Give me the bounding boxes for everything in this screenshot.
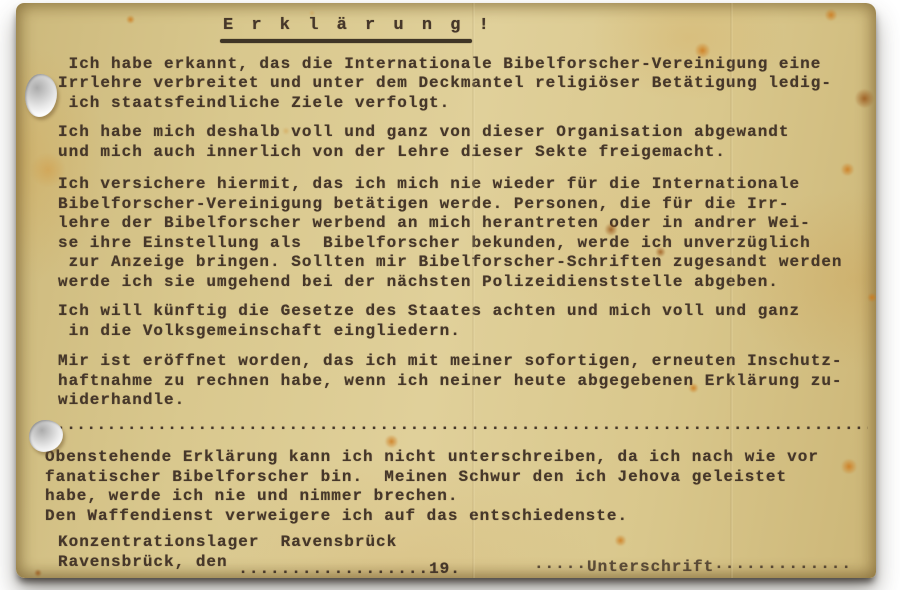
paragraph-assurance: Ich versichere hiermit, das ich mich nie… (58, 175, 858, 292)
camp-name-line: Konzentrationslager Ravensbrück (58, 533, 858, 553)
paragraph-warning: Mir ist eröffnet worden, das ich mit mei… (58, 352, 858, 411)
paragraph-refusal: Obenstehende Erklärung kann ich nicht un… (45, 448, 858, 526)
scanned-document-paper: E r k l ä r u n g ! Ich habe erkannt, da… (16, 3, 876, 578)
paragraph-recognition: Ich habe erkannt, das die Internationale… (58, 55, 858, 114)
date-blank-dots: .................. (238, 560, 429, 579)
paragraph-laws: Ich will künftig die Gesetze des Staates… (58, 302, 858, 341)
stain (384, 435, 399, 448)
stain (34, 569, 42, 577)
paragraph-renunciation: Ich habe mich deshalb voll und ganz von … (58, 123, 858, 162)
dotted-separator: ........................................… (46, 416, 868, 436)
document-footer: Konzentrationslager Ravensbrück Ravensbr… (58, 533, 858, 572)
punch-hole-icon (25, 74, 57, 117)
date-signature-row: Ravensbrück, den ..................19. ·… (58, 553, 858, 573)
stain (867, 293, 876, 302)
title-underline (220, 39, 472, 43)
signature-line: ·····Unterschrift············· (534, 558, 852, 578)
place-date-label: Ravensbrück, den (58, 553, 238, 573)
year-prefix: 19. (429, 560, 461, 579)
document-title: E r k l ä r u n g ! (223, 16, 858, 36)
stain (126, 15, 135, 24)
